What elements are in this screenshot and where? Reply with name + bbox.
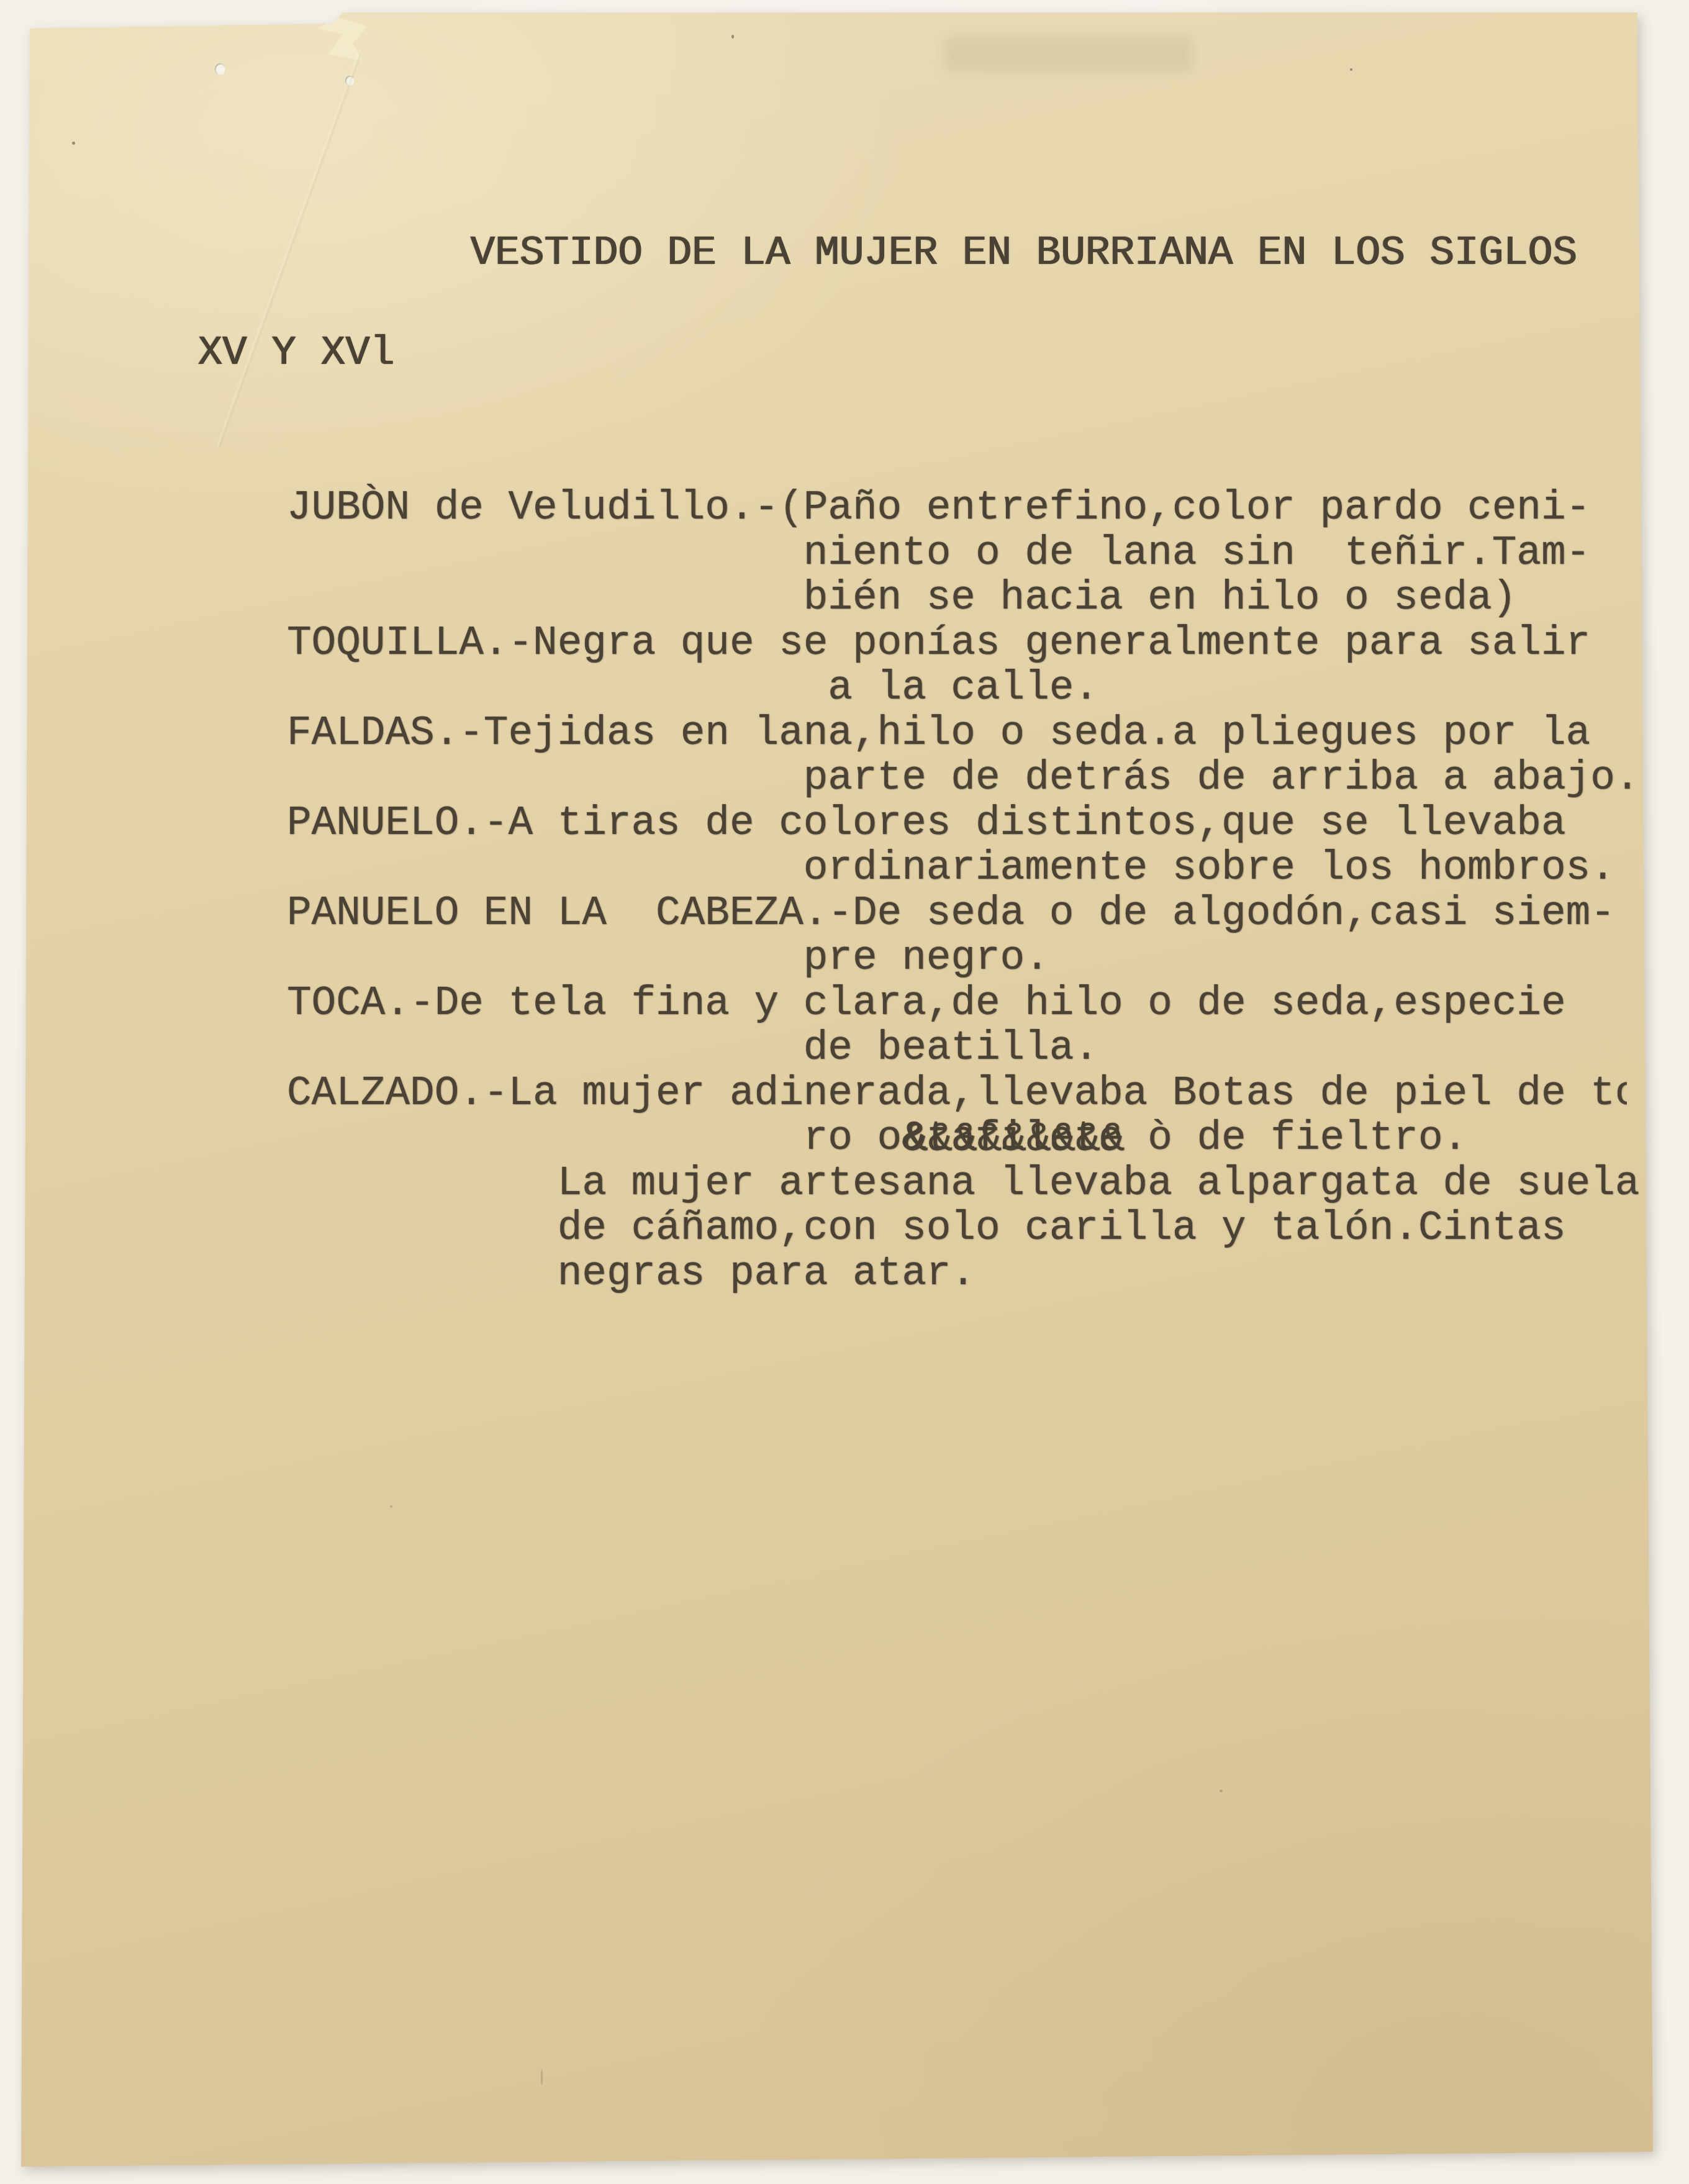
typewritten-line: a la calle. bbox=[287, 666, 1639, 711]
typewritten-line: JUBÒN de Veludillo.-(Paño entrefino,colo… bbox=[287, 486, 1639, 531]
paper-tear bbox=[318, 17, 368, 61]
typewritten-line: de cáñamo,con solo carilla y talón.Cinta… bbox=[287, 1206, 1639, 1251]
typewritten-line: TOQUILLA.-Negra que se ponías generalmen… bbox=[287, 621, 1639, 666]
typewritten-line: TOCA.-De tela fina y clara,de hilo o de … bbox=[287, 981, 1639, 1026]
typewritten-line: PANUELO EN LA CABEZA.-De seda o de algod… bbox=[287, 891, 1639, 936]
document-subtitle: XV Y XVl bbox=[197, 331, 394, 376]
typewritten-lines: JUBÒN de Veludillo.-(Paño entrefino,colo… bbox=[287, 486, 1639, 1296]
typewritten-line: La mujer artesana llevaba alpargata de s… bbox=[287, 1161, 1639, 1207]
ghost-stamp-smudge bbox=[944, 36, 1192, 72]
line-text: CALZADO.-La mujer adinerada,llevaba Bota… bbox=[287, 1070, 1615, 1117]
edge-clipped-character: o bbox=[1615, 1071, 1640, 1117]
paper-sheet: VESTIDO DE LA MUJER EN BURRIANA EN LOS S… bbox=[0, 0, 1689, 2184]
typewritten-line: negras para atar. bbox=[287, 1251, 1639, 1297]
paper-speck bbox=[731, 35, 734, 39]
document-title: VESTIDO DE LA MUJER EN BURRIANA EN LOS S… bbox=[470, 231, 1577, 276]
line-text: ò de fieltro. bbox=[1123, 1115, 1468, 1161]
typewritten-line: pre negro. bbox=[287, 936, 1639, 981]
paper-speck bbox=[72, 142, 75, 145]
scan-background: { "scan": { "background_color": "#f3f0e9… bbox=[0, 0, 1689, 2184]
typewritten-line: FALDAS.-Tejidas en lana,hilo o seda.a pl… bbox=[287, 711, 1639, 756]
typewritten-line: de beatilla. bbox=[287, 1026, 1639, 1071]
paper-pinhole bbox=[345, 76, 355, 86]
typewritten-line: parte de detrás de arriba a abajo. bbox=[287, 756, 1639, 801]
line-text: ro o bbox=[287, 1115, 902, 1161]
paper-speck bbox=[1350, 68, 1352, 71]
paper-pinhole bbox=[215, 63, 225, 75]
typewritten-line: niento o de lana sin teñir.Tam- bbox=[287, 531, 1639, 576]
paper-fiber bbox=[541, 2069, 543, 2085]
paper-speck bbox=[1220, 1790, 1223, 1792]
typewritten-line: bién se hacia en hilo o seda) bbox=[287, 576, 1639, 621]
typewritten-line: CALZADO.-La mujer adinerada,llevaba Bota… bbox=[287, 1071, 1639, 1117]
typewritten-line: ordinariamente sobre los hombros. bbox=[287, 846, 1639, 891]
paper-speck bbox=[390, 1505, 392, 1508]
typewritten-line: PANUELO.-A tiras de colores distintos,qu… bbox=[287, 801, 1639, 846]
paper-crease bbox=[217, 50, 360, 447]
typewritten-line: ro o&tafilete ò de fieltro. bbox=[287, 1116, 1639, 1161]
struck-out-word: &tafilete bbox=[902, 1116, 1123, 1161]
paper-shadow-wrap: VESTIDO DE LA MUJER EN BURRIANA EN LOS S… bbox=[0, 0, 1689, 2184]
